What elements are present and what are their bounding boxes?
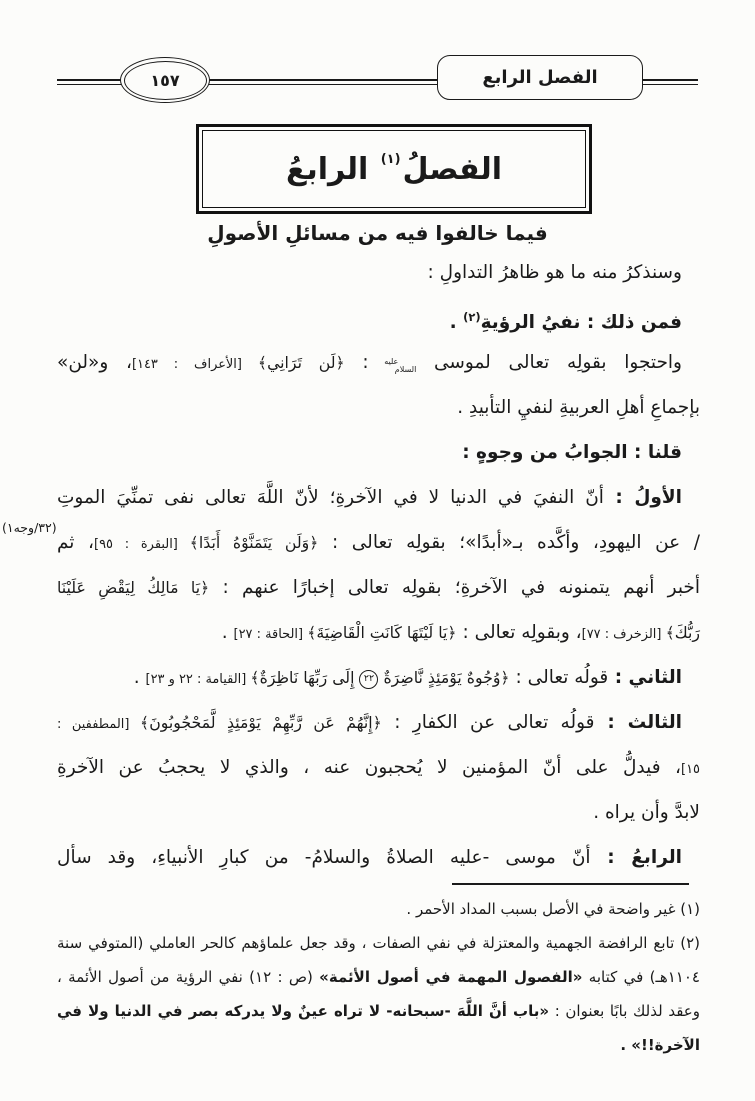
body-line: الثالث : قولُه تعالى عن الكفارِ : ﴿إِنَّ… bbox=[57, 700, 700, 745]
text-segment: فمن ذلك : نفيُ الرؤيةِ bbox=[481, 312, 682, 333]
body-line: / عن اليهودِ، وأكَّده بـ«أبدًا»؛ بقولِه … bbox=[57, 520, 700, 565]
text-segment: الآخرة!!» . bbox=[620, 1036, 700, 1054]
text-segment: ‏١١٠٤هـ) في كتابه bbox=[582, 968, 700, 986]
text-segment: . bbox=[450, 312, 463, 333]
quran-verse: ﴿لَن تَرَانِي﴾ bbox=[258, 353, 345, 372]
text-segment: / عن اليهودِ، وأكَّده بـ«أبدًا»؛ بقولِه … bbox=[318, 532, 700, 553]
text-segment: الرابعُ : bbox=[591, 847, 682, 868]
body-line: رَبُّكَ﴾ [الزخرف : ٧٧]، وبقولِه تعالى : … bbox=[57, 610, 700, 655]
quran-verse: رَبُّكَ﴾ bbox=[666, 623, 700, 642]
verse-reference: [الأعراف : ١٤٣] bbox=[132, 357, 258, 372]
body-line: لابدَّ وأن يراه . bbox=[57, 790, 700, 835]
footnote-line: ‏١١٠٤هـ) في كتابه «الفصول المهمة في أصول… bbox=[57, 960, 700, 994]
body-line: وسنذكرُ منه ما هو ظاهرُ التداولِ : bbox=[57, 250, 700, 295]
body-line: ‏١٥]، فيدلُّ على أنّ المؤمنين لا يُحجبون… bbox=[57, 745, 700, 790]
text-segment: ، فيدلُّ على أنّ المؤمنين لا يُحجبون عنه… bbox=[57, 757, 681, 778]
footnote-ref: (٢) bbox=[463, 310, 481, 324]
footnote-line: (١) غير واضحة في الأصل بسبب المداد الأحم… bbox=[57, 892, 700, 926]
quran-verse: ﴿وَلَن يَتَمَنَّوْهُ أَبَدًا﴾ bbox=[190, 533, 319, 552]
text-segment: قولُه تعالى عن الكفارِ : bbox=[382, 712, 595, 733]
chapter-title-end: الرابعُ bbox=[286, 152, 368, 187]
text-segment: قلنا : الجوابُ من وجوهٍ : bbox=[462, 442, 682, 463]
body-line: قلنا : الجوابُ من وجوهٍ : bbox=[57, 430, 700, 475]
text-segment: لابدَّ وأن يراه . bbox=[593, 802, 700, 823]
title-footnote-ref: (١) bbox=[381, 152, 401, 167]
text-segment: (٢) تابع الرافضة الجهمية والمعتزلة في نف… bbox=[57, 934, 700, 952]
text-segment: واحتجوا بقولِه تعالى لموسى bbox=[416, 352, 682, 373]
text-segment: «باب أنَّ اللَّهَ -سبحانه- لا تراه عينٌ … bbox=[57, 1002, 549, 1020]
chapter-title-box: الفصلُ(١) الرابعُ bbox=[196, 124, 592, 214]
verse-reference: [الحاقة : ٢٧] bbox=[234, 627, 308, 642]
verse-reference: [البقرة : ٩٥] bbox=[94, 537, 190, 552]
body-line: الأولُ : أنّ النفيَ في الدنيا لا في الآخ… bbox=[57, 475, 700, 520]
text-segment: الثاني : bbox=[608, 667, 682, 688]
text-segment: وسنذكرُ منه ما هو ظاهرُ التداولِ : bbox=[428, 262, 682, 283]
verse-reference: [القيامة : ٢٢ و ٢٣] bbox=[146, 672, 251, 687]
text-segment: (١) غير واضحة في الأصل بسبب المداد الأحم… bbox=[406, 900, 700, 918]
footnotes: (١) غير واضحة في الأصل بسبب المداد الأحم… bbox=[57, 892, 700, 1062]
running-head-chapter-label: الفصل الرابع bbox=[482, 67, 597, 88]
body-line: أخبر أنهم يتمنونه في الآخرةِ؛ بقولِه تعا… bbox=[57, 565, 700, 610]
text-segment: وعقد لذلك بابًا بعنوان : bbox=[549, 1002, 700, 1020]
text-segment: . bbox=[134, 667, 146, 688]
footnote-line: (٢) تابع الرافضة الجهمية والمعتزلة في نف… bbox=[57, 926, 700, 960]
text-segment: قولُه تعالى : bbox=[510, 667, 609, 688]
text-segment: الأولُ : bbox=[604, 487, 682, 508]
quran-verse: ﴿يَا مَالِكُ لِيَقْضِ عَلَيْنَا bbox=[57, 578, 209, 597]
text-segment: ، و«لن» bbox=[57, 352, 132, 373]
margin-folio-note: (٣٢/وجه١) bbox=[2, 520, 60, 536]
book-page: ١٥٧ الفصل الرابع الفصلُ(١) الرابعُ فيما … bbox=[0, 0, 755, 1101]
body-text: وسنذكرُ منه ما هو ظاهرُ التداولِ :فمن ذل… bbox=[57, 250, 700, 880]
footnote-separator bbox=[452, 883, 689, 885]
quran-verse: ﴿يَا لَيْتَهَا كَانَتِ الْقَاضِيَةَ﴾ bbox=[307, 623, 456, 642]
body-line: بإجماعِ أهلِ العربيةِ لنفيِ التأبيدِ . bbox=[57, 385, 700, 430]
text-segment: بإجماعِ أهلِ العربيةِ لنفيِ التأبيدِ . bbox=[457, 397, 700, 418]
page-number-oval: ١٥٧ bbox=[120, 57, 210, 103]
chapter-title-start: الفصلُ bbox=[403, 152, 502, 187]
text-segment: «الفصول المهمة في أصول الأئمة» bbox=[319, 968, 582, 986]
text-segment: ، وبقولِه تعالى : bbox=[457, 622, 582, 643]
text-segment: الثالث : bbox=[595, 712, 682, 733]
body-line: الثاني : قولُه تعالى : ﴿وُجُوهٌ يَوْمَئِ… bbox=[57, 655, 700, 700]
body-line: واحتجوا بقولِه تعالى لموسى عليه السلام :… bbox=[57, 340, 700, 385]
text-segment: : bbox=[345, 352, 387, 373]
ayah-number: ٢٢ bbox=[359, 670, 378, 689]
text-segment: أنّ النفيَ في الدنيا لا في الآخرةِ؛ لأنّ… bbox=[57, 487, 604, 508]
verse-reference: [المطففين : bbox=[57, 717, 140, 732]
text-segment: . bbox=[222, 622, 234, 643]
footnote-line: الآخرة!!» . bbox=[57, 1028, 700, 1062]
verse-reference: [الزخرف : ٧٧] bbox=[582, 627, 666, 642]
quran-verse: ﴿إِنَّهُمْ عَن رَّبِّهِمْ يَوْمَئِذٍ لَّ… bbox=[140, 713, 382, 732]
quran-verse: إِلَى رَبِّهَا نَاظِرَةٌ﴾ bbox=[250, 668, 359, 687]
body-line: فمن ذلك : نفيُ الرؤيةِ(٢) . bbox=[57, 295, 700, 340]
text-segment: أخبر أنهم يتمنونه في الآخرةِ؛ بقولِه تعا… bbox=[209, 577, 700, 598]
quran-verse: ﴿وُجُوهٌ يَوْمَئِذٍ نَّاضِرَةٌ bbox=[378, 668, 509, 687]
running-head-chapter-box: الفصل الرابع bbox=[437, 55, 643, 100]
text-segment: أنّ موسى -عليه الصلاةُ والسلامُ- من كبار… bbox=[57, 847, 591, 868]
alayhis-salam-symbol: عليه السلام bbox=[386, 358, 416, 374]
body-line: الرابعُ : أنّ موسى -عليه الصلاةُ والسلام… bbox=[57, 835, 700, 880]
section-subtitle: فيما خالفوا فيه من مسائلِ الأصولِ bbox=[0, 221, 755, 245]
text-segment: ، ثم bbox=[57, 532, 94, 553]
verse-reference: ‏١٥] bbox=[681, 762, 700, 777]
chapter-title: الفصلُ(١) الرابعُ bbox=[202, 130, 586, 208]
text-segment: (ص : ١٢) نفي الرؤية من أصول الأئمة ، bbox=[57, 968, 319, 986]
page-number: ١٥٧ bbox=[124, 61, 207, 100]
footnote-line: وعقد لذلك بابًا بعنوان : «باب أنَّ اللَّ… bbox=[57, 994, 700, 1028]
